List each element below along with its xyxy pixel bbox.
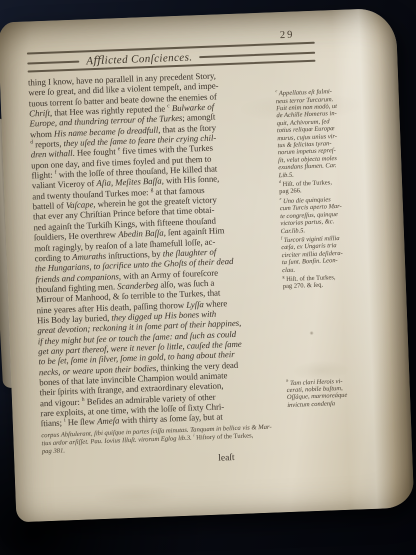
header-rule-right — [199, 51, 315, 57]
margin-note-text: d Hiſt. of the Turkes,pag 266. — [279, 179, 332, 195]
margin-note-text: e Uno die quinquiescum Turcis aperto Mar… — [279, 196, 341, 235]
margin-note: h Tam clari Herois vi-cerati, nobile buſ… — [286, 375, 398, 409]
margin-note: f Turcorū viginti milliacæſa, ex Ungaris… — [281, 233, 393, 274]
photo-background: 29 Aﬄicted Conſciences. thing I know, ha… — [0, 0, 416, 555]
margin-note: g Hiſt. of the Turkes,pag 270. & ſeq. — [282, 272, 394, 291]
margin-note-text: g Hiſt. of the Turkes,pag 270. & ſeq. — [282, 274, 335, 290]
main-text-block: thing I know, have no parallell in any p… — [28, 69, 281, 429]
page-head: 29 Aﬄicted Conſciences. — [26, 29, 315, 73]
margin-note: c Appellatus eſt fulmi-neus terror Turca… — [275, 86, 389, 179]
header-rule-left — [27, 60, 79, 64]
margin-note: d Hiſt. of the Turkes,pag 266. — [279, 177, 391, 196]
text-columns: thing I know, have no parallell in any p… — [28, 64, 399, 429]
margin-notes-column: c Appellatus eſt fulmi-neus terror Turca… — [268, 64, 399, 420]
book-page: 29 Aﬄicted Conſciences. thing I know, ha… — [0, 8, 414, 523]
page-content: 29 Aﬄicted Conſciences. thing I know, ha… — [26, 26, 401, 507]
margin-note-text: f Turcorū viginti milliacæſa, ex Ungaris… — [281, 235, 343, 274]
margin-note-text: h Tam clari Herois vi-cerati, nobile buſ… — [286, 378, 347, 409]
margin-note: e Uno die quinquiescum Turcis aperto Mar… — [279, 194, 391, 235]
margin-note-text: c Appellatus eſt fulmi-neus terror Turca… — [275, 88, 337, 179]
